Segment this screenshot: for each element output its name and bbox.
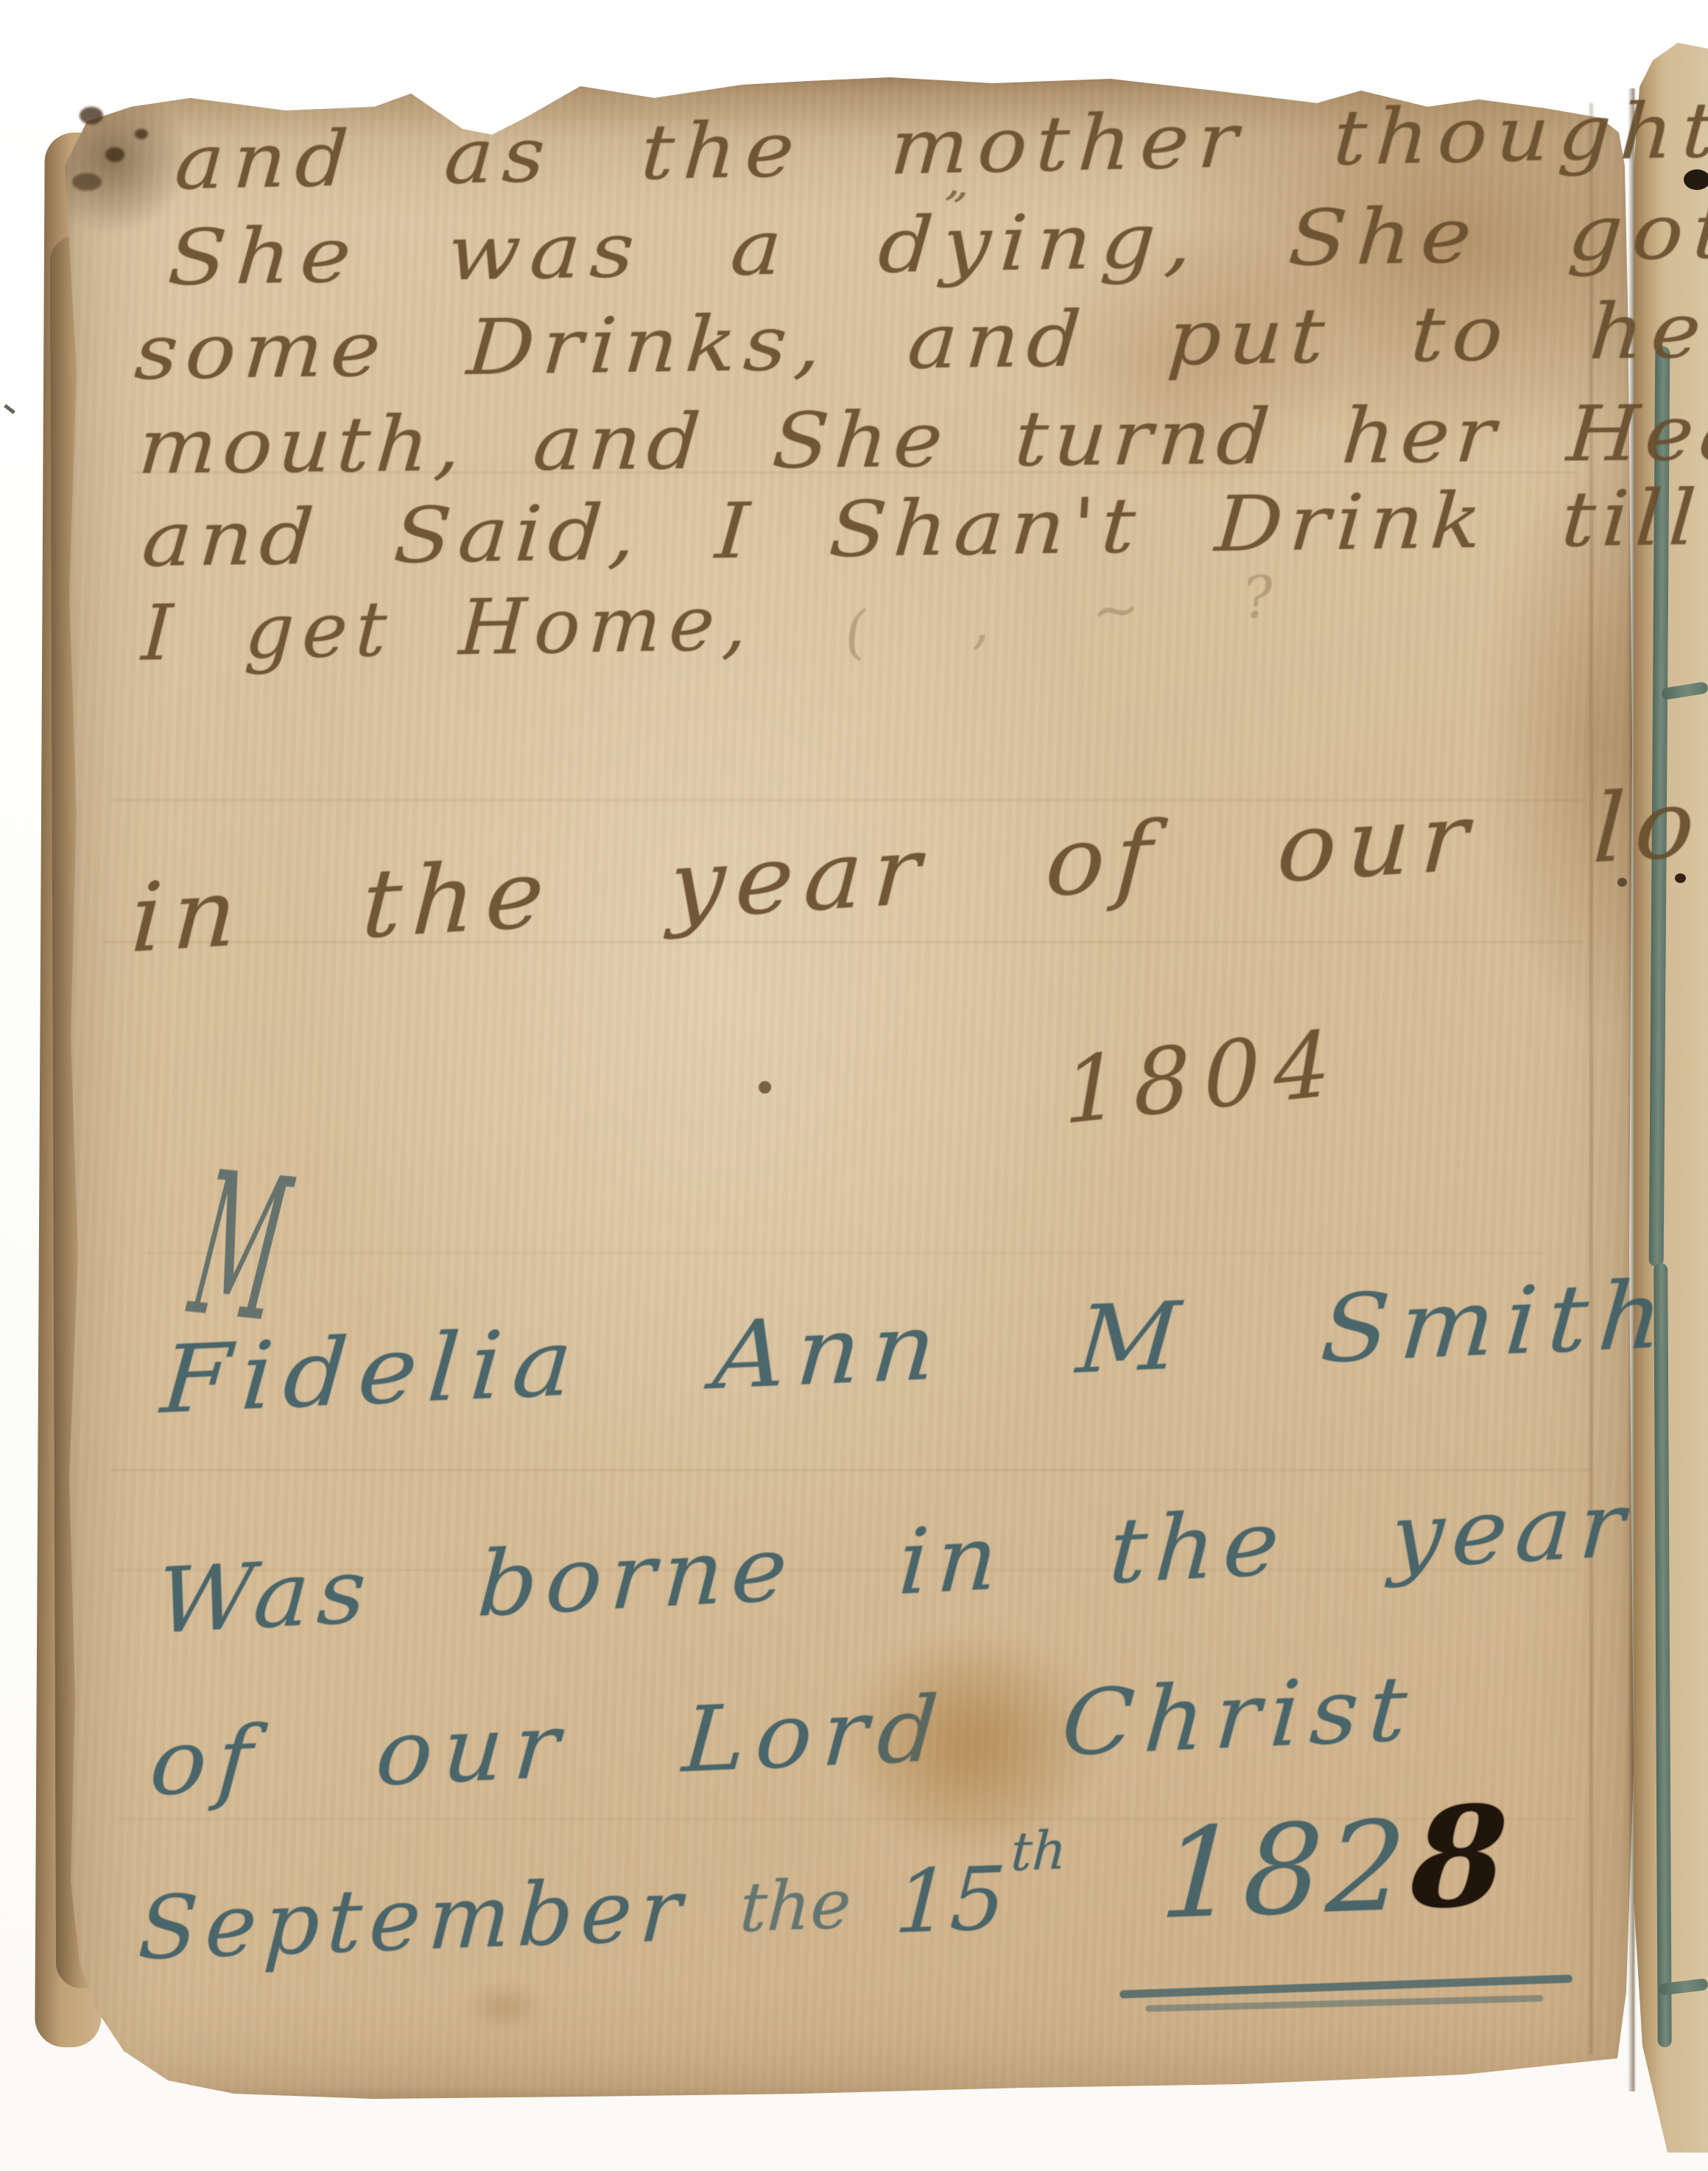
date-article: the bbox=[738, 1871, 852, 1942]
water-stain bbox=[847, 1642, 1090, 1863]
manuscript-line-5: and Said, I Shan't Drink till bbox=[140, 479, 1705, 577]
stain-speck bbox=[80, 107, 103, 124]
date-day: 15 bbox=[893, 1855, 1008, 1946]
date-year-last-digit: 8 bbox=[1408, 1787, 1511, 1928]
rule-line bbox=[110, 1469, 1591, 1471]
scanner-speck bbox=[4, 404, 15, 415]
manuscript-line-4: mouth, and She turnd her Head bbox=[136, 393, 1708, 485]
manuscript-line-6: I get Home, bbox=[140, 584, 757, 672]
date-month: September bbox=[136, 1866, 691, 1972]
year-number-1804: 1804 bbox=[1063, 1018, 1345, 1137]
manuscript-line-3: some Drinks, and put to her bbox=[133, 291, 1708, 390]
water-stain bbox=[464, 1981, 545, 2033]
stain-speck bbox=[135, 129, 148, 139]
stain-speck bbox=[72, 173, 102, 191]
rule-line bbox=[147, 1252, 1547, 1254]
date-year-prefix: 182 bbox=[1157, 1804, 1413, 1936]
ink-dot bbox=[759, 1081, 771, 1094]
stain-speck bbox=[105, 147, 124, 162]
scanned-manuscript-scene: and as the mother thought ” She was a dy… bbox=[0, 0, 1708, 2171]
